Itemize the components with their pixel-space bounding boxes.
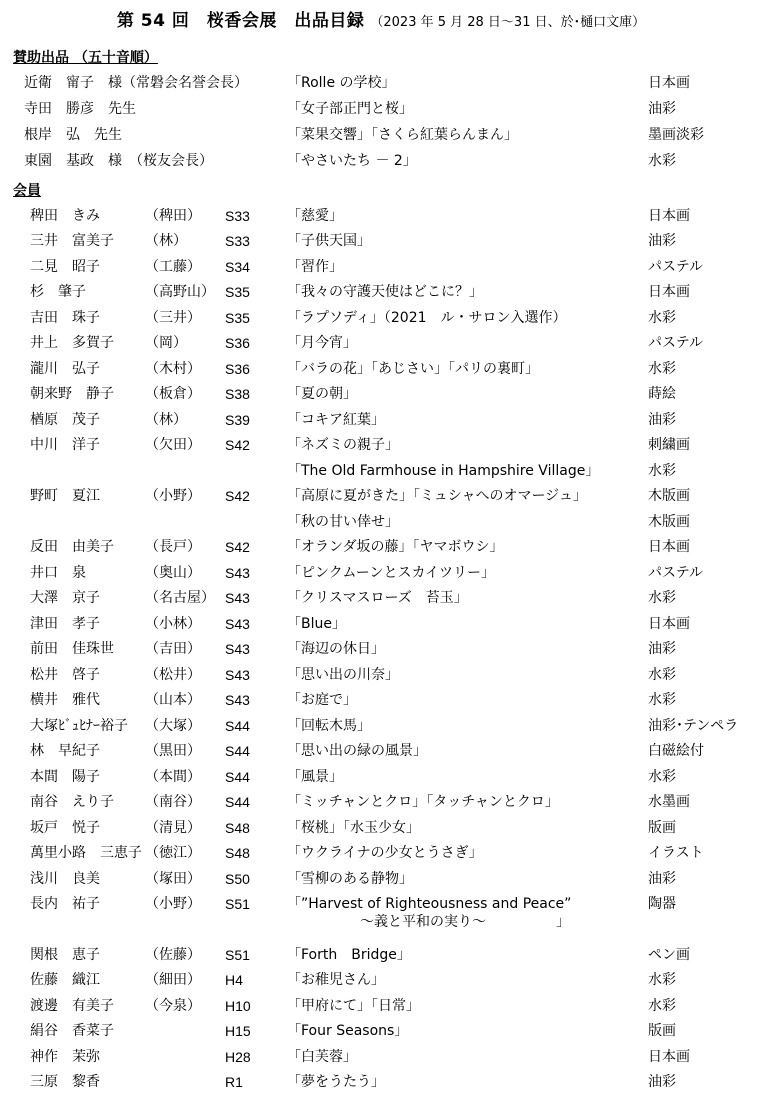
work-title: 「Blue」 [287, 614, 346, 634]
graduation-year: S48 [225, 843, 250, 863]
work-title: 「Rolle の学校」 [287, 73, 396, 93]
member-row: 林 早紀子（黒田）S44「思い出の緑の風景」白磁絵付 [0, 741, 762, 766]
work-title: 「白芙蓉」 [287, 1047, 357, 1067]
work-title: 「ラプソディ」（2021 ル・サロン入選作） [287, 308, 567, 328]
sponsor-section-heading: 賛助出品 （五十音順） [13, 47, 158, 67]
member-row: 南谷 えり子（南谷）S44「ミッチャンとクロ」「タッチャンとクロ」水墨画 [0, 792, 762, 817]
sponsor-row: 東園 基政 様 （桜友会長） 「やさいたち － 2」 水彩 [0, 151, 762, 176]
maiden-name: （林） [145, 410, 187, 430]
work-title: 「桜桃」「水玉少女」 [287, 818, 420, 838]
member-name: 杉 肇子 [30, 282, 86, 302]
medium: 水彩 [648, 461, 676, 481]
work-title: 「夢をうたう」 [287, 1072, 385, 1092]
member-name: 楢原 茂子 [30, 410, 100, 430]
graduation-year: H28 [225, 1047, 251, 1067]
graduation-year: S35 [225, 308, 250, 328]
maiden-name: （欠田） [145, 435, 201, 455]
work-title: 「我々の守護天使はどこに？」 [287, 282, 483, 302]
member-name: 林 早紀子 [30, 741, 100, 761]
member-row: 三井 富美子（林）S33「子供天国」油彩 [0, 231, 762, 256]
work-title: 「クリスマスローズ 苔玉」 [287, 588, 468, 608]
maiden-name: （塚田） [145, 869, 201, 889]
maiden-name: （名古屋） [145, 588, 215, 608]
graduation-year: S43 [225, 614, 250, 634]
member-row: 野町 夏江（小野）S42「高原に夏がきた」「ミュシャへのオマージュ」木版画 [0, 486, 762, 511]
sponsor-name: 寺田 勝彦 先生 [24, 99, 136, 119]
medium: 油彩 [648, 410, 676, 430]
graduation-year: S43 [225, 690, 250, 710]
graduation-year: S43 [225, 563, 250, 583]
graduation-year: S43 [225, 588, 250, 608]
member-row: 「The Old Farmhouse in Hampshire Village」… [0, 461, 762, 486]
member-row: 二見 昭子（工藤）S34「習作」パステル [0, 257, 762, 282]
medium: 版画 [648, 1021, 676, 1041]
graduation-year: S51 [225, 945, 250, 965]
member-row: 前田 佳珠世（吉田）S43「海辺の休日」油彩 [0, 639, 762, 664]
member-name: 三原 黎香 [30, 1072, 100, 1092]
graduation-year: R1 [225, 1072, 243, 1092]
work-title: 「やさいたち － 2」 [287, 151, 417, 171]
member-name: 井口 泉 [30, 563, 86, 583]
member-row: 神作 茉弥H28「白芙蓉」日本画 [0, 1047, 762, 1072]
medium: 油彩 [648, 231, 676, 251]
maiden-name: （奥山） [145, 563, 201, 583]
medium: 水墨画 [648, 792, 690, 812]
work-title: 「ウクライナの少女とうさぎ」 [287, 843, 483, 863]
maiden-name: （稗田） [145, 206, 201, 226]
work-title: 「思い出の緑の風景」 [287, 741, 427, 761]
graduation-year: H10 [225, 996, 251, 1016]
member-name: 反田 由美子 [30, 537, 114, 557]
medium: 油彩 [648, 1072, 676, 1092]
work-title: 「風景」 [287, 767, 343, 787]
maiden-name: （小野） [145, 486, 201, 506]
maiden-name: （吉田） [145, 639, 201, 659]
member-name: 朝来野 静子 [30, 384, 114, 404]
member-row: 津田 孝子（小林）S43「Blue」日本画 [0, 614, 762, 639]
member-row: 絹谷 香菜子H15「Four Seasons」版画 [0, 1021, 762, 1046]
work-title-line2: ～義と平和の実り～ 」 [360, 912, 570, 932]
work-title: 「ピンクムーンとスカイツリー」 [287, 563, 495, 583]
medium: 油彩 [648, 639, 676, 659]
document-title: 第 54 回 桜香会展 出品目録（2023 年 5 月 28 日～31 日、於･… [0, 6, 762, 31]
medium: イラスト [648, 843, 704, 863]
member-row: 大塚ﾋﾞｭﾋﾅｰ裕子（大塚）S44「回転木馬」油彩･テンペラ [0, 716, 762, 741]
member-row: 朝来野 静子（板倉）S38「夏の朝」蒔絵 [0, 384, 762, 409]
maiden-name: （三井） [145, 308, 201, 328]
medium: 水彩 [648, 359, 676, 379]
work-title: 「The Old Farmhouse in Hampshire Village」 [287, 461, 599, 481]
graduation-year: S42 [225, 486, 250, 506]
work-title: 「習作」 [287, 257, 343, 277]
graduation-year: S35 [225, 282, 250, 302]
member-row: 瀧川 弘子（木村）S36「バラの花」「あじさい」「パリの裏町」水彩 [0, 359, 762, 384]
member-row: 稗田 きみ（稗田）S33「慈愛」日本画 [0, 206, 762, 231]
medium: 版画 [648, 818, 676, 838]
maiden-name: （徳江） [145, 843, 201, 863]
maiden-name: （小林） [145, 614, 201, 634]
member-name: 大塚ﾋﾞｭﾋﾅｰ裕子 [30, 716, 128, 736]
medium: 日本画 [648, 614, 690, 634]
work-title: 「ネズミの親子」 [287, 435, 399, 455]
medium: 白磁絵付 [648, 741, 704, 761]
member-section-heading: 会員 [13, 180, 41, 200]
graduation-year: S33 [225, 231, 250, 251]
maiden-name: （木村） [145, 359, 201, 379]
sponsor-row: 寺田 勝彦 先生 「女子部正門と桜」 油彩 [0, 99, 762, 124]
member-name: 横井 雅代 [30, 690, 100, 710]
medium: 水彩 [648, 665, 676, 685]
member-name: 津田 孝子 [30, 614, 100, 634]
maiden-name: （長戸） [145, 537, 201, 557]
member-row: 反田 由美子（長戸）S42「オランダ坂の藤」「ヤマボウシ」日本画 [0, 537, 762, 562]
sponsor-row: 根岸 弘 先生 「菜果交響」「さくら紅葉らんまん」 墨画淡彩 [0, 125, 762, 150]
medium: 水彩 [648, 151, 676, 171]
graduation-year: S43 [225, 665, 250, 685]
member-row: 松井 啓子（松井）S43「思い出の川奈」水彩 [0, 665, 762, 690]
work-title: 「雪柳のある静物」 [287, 869, 413, 889]
maiden-name: （佐藤） [145, 945, 201, 965]
member-name: 神作 茉弥 [30, 1047, 100, 1067]
member-name: 萬里小路 三恵子 [30, 843, 142, 863]
member-row: 坂戸 悦子（清見）S48「桜桃」「水玉少女」版画 [0, 818, 762, 843]
sponsor-name: 根岸 弘 先生 [24, 125, 122, 145]
graduation-year: H15 [225, 1021, 251, 1041]
member-name: 佐藤 織江 [30, 970, 100, 990]
medium: 水彩 [648, 996, 676, 1016]
work-title: 「女子部正門と桜」 [287, 99, 413, 119]
medium: パステル [648, 563, 703, 583]
member-name: 南谷 えり子 [30, 792, 114, 812]
medium: 油彩 [648, 99, 676, 119]
maiden-name: （大塚） [145, 716, 201, 736]
medium: 日本画 [648, 282, 690, 302]
member-name: 本間 陽子 [30, 767, 100, 787]
sponsor-name: 東園 基政 様 （桜友会長） [24, 151, 213, 171]
work-title: 「思い出の川奈」 [287, 665, 399, 685]
graduation-year: S36 [225, 359, 250, 379]
member-row: 杉 肇子（高野山）S35「我々の守護天使はどこに？」日本画 [0, 282, 762, 307]
member-name: 二見 昭子 [30, 257, 100, 277]
member-name: 渡邊 有美子 [30, 996, 114, 1016]
maiden-name: （南谷） [145, 792, 201, 812]
graduation-year: S39 [225, 410, 250, 430]
maiden-name: （細田） [145, 970, 201, 990]
maiden-name: （本間） [145, 767, 201, 787]
medium: 油彩 [648, 869, 676, 889]
member-name: 前田 佳珠世 [30, 639, 114, 659]
member-row: 長内 祐子（小野）S51「”Harvest of Righteousness a… [0, 894, 762, 919]
member-row: 井上 多賀子（岡）S36「月今宵」パステル [0, 333, 762, 358]
graduation-year: S42 [225, 537, 250, 557]
member-name: 吉田 珠子 [30, 308, 100, 328]
maiden-name: （小野） [145, 894, 201, 914]
medium: 日本画 [648, 537, 690, 557]
graduation-year: S44 [225, 767, 250, 787]
exhibition-dates-venue: （2023 年 5 月 28 日～31 日、於･樋口文庫） [370, 15, 645, 30]
graduation-year: S50 [225, 869, 250, 889]
member-row: 大澤 京子（名古屋）S43「クリスマスローズ 苔玉」水彩 [0, 588, 762, 613]
medium: 油彩･テンペラ [648, 716, 738, 736]
member-row: 井口 泉（奥山）S43「ピンクムーンとスカイツリー」パステル [0, 563, 762, 588]
member-name: 関根 恵子 [30, 945, 100, 965]
medium: 刺繍画 [648, 435, 690, 455]
graduation-year: S48 [225, 818, 250, 838]
member-row: 三原 黎香R1「夢をうたう」油彩 [0, 1072, 762, 1097]
work-title: 「ミッチャンとクロ」「タッチャンとクロ」 [287, 792, 559, 812]
medium: パステル [648, 257, 703, 277]
graduation-year: S34 [225, 257, 250, 277]
member-name: 長内 祐子 [30, 894, 100, 914]
member-row: 中川 洋子（欠田）S42「ネズミの親子」刺繍画 [0, 435, 762, 460]
work-title: 「夏の朝」 [287, 384, 357, 404]
work-title: 「菜果交響」「さくら紅葉らんまん」 [287, 125, 518, 145]
graduation-year: S44 [225, 741, 250, 761]
work-title: 「コキア紅葉」 [287, 410, 385, 430]
medium: 水彩 [648, 588, 676, 608]
graduation-year: S33 [225, 206, 250, 226]
work-title: 「月今宵」 [287, 333, 357, 353]
member-row: 横井 雅代（山本）S43「お庭で」水彩 [0, 690, 762, 715]
maiden-name: （山本） [145, 690, 201, 710]
work-title: 「Four Seasons」 [287, 1021, 408, 1041]
member-row: 浅川 良美（塚田）S50「雪柳のある静物」油彩 [0, 869, 762, 894]
member-name: 坂戸 悦子 [30, 818, 100, 838]
medium: 水彩 [648, 970, 676, 990]
medium: ペン画 [648, 945, 690, 965]
maiden-name: （板倉） [145, 384, 201, 404]
maiden-name: （清見） [145, 818, 201, 838]
maiden-name: （今泉） [145, 996, 201, 1016]
medium: パステル [648, 333, 703, 353]
member-name: 絹谷 香菜子 [30, 1021, 114, 1041]
medium: 墨画淡彩 [648, 125, 704, 145]
graduation-year: S43 [225, 639, 250, 659]
work-title: 「”Harvest of Righteousness and Peace” [287, 894, 571, 914]
member-name: 松井 啓子 [30, 665, 100, 685]
medium: 陶器 [648, 894, 676, 914]
medium: 水彩 [648, 690, 676, 710]
member-row: 佐藤 織江（細田）H4「お稚児さん」水彩 [0, 970, 762, 995]
work-title: 「Forth Bridge」 [287, 945, 411, 965]
work-title: 「お庭で」 [287, 690, 357, 710]
maiden-name: （工藤） [145, 257, 201, 277]
work-title: 「慈愛」 [287, 206, 343, 226]
work-title: 「甲府にて」「日常」 [287, 996, 420, 1016]
medium: 木版画 [648, 512, 690, 532]
work-title: 「オランダ坂の藤」「ヤマボウシ」 [287, 537, 503, 557]
medium: 水彩 [648, 308, 676, 328]
member-name: 浅川 良美 [30, 869, 100, 889]
maiden-name: （高野山） [145, 282, 215, 302]
member-row: 楢原 茂子（林）S39「コキア紅葉」油彩 [0, 410, 762, 435]
member-name: 井上 多賀子 [30, 333, 114, 353]
member-row: 渡邊 有美子（今泉）H10「甲府にて」「日常」水彩 [0, 996, 762, 1021]
maiden-name: （黒田） [145, 741, 201, 761]
maiden-name: （松井） [145, 665, 201, 685]
member-name: 野町 夏江 [30, 486, 100, 506]
graduation-year: H4 [225, 970, 243, 990]
medium: 蒔絵 [648, 384, 676, 404]
member-name: 大澤 京子 [30, 588, 100, 608]
graduation-year: S42 [225, 435, 250, 455]
graduation-year: S36 [225, 333, 250, 353]
work-title: 「海辺の休日」 [287, 639, 385, 659]
medium: 日本画 [648, 206, 690, 226]
member-name: 三井 富美子 [30, 231, 114, 251]
member-row: 「秋の甘い倖せ」木版画 [0, 512, 762, 537]
graduation-year: S51 [225, 894, 250, 914]
maiden-name: （岡） [145, 333, 187, 353]
work-title: 「子供天国」 [287, 231, 371, 251]
work-title: 「秋の甘い倖せ」 [287, 512, 399, 532]
work-title: 「お稚児さん」 [287, 970, 385, 990]
member-name: 瀧川 弘子 [30, 359, 100, 379]
exhibition-title: 第 54 回 桜香会展 出品目録 [117, 11, 365, 31]
graduation-year: S44 [225, 792, 250, 812]
member-row: 本間 陽子（本間）S44「風景」水彩 [0, 767, 762, 792]
graduation-year: S44 [225, 716, 250, 736]
medium: 日本画 [648, 1047, 690, 1067]
member-name: 稗田 きみ [30, 206, 100, 226]
member-row: 萬里小路 三恵子（徳江）S48「ウクライナの少女とうさぎ」イラスト [0, 843, 762, 868]
work-title: 「回転木馬」 [287, 716, 371, 736]
member-name: 中川 洋子 [30, 435, 100, 455]
maiden-name: （林） [145, 231, 187, 251]
work-title: 「バラの花」「あじさい」「パリの裏町」 [287, 359, 539, 379]
member-row: 関根 恵子（佐藤）S51「Forth Bridge」ペン画 [0, 945, 762, 970]
sponsor-row: 近衛 甯子 様（常磐会名誉会長） 「Rolle の学校」 日本画 [0, 73, 762, 98]
medium: 日本画 [648, 73, 690, 93]
graduation-year: S38 [225, 384, 250, 404]
medium: 水彩 [648, 767, 676, 787]
medium: 木版画 [648, 486, 690, 506]
member-row: 吉田 珠子（三井）S35「ラプソディ」（2021 ル・サロン入選作）水彩 [0, 308, 762, 333]
sponsor-name: 近衛 甯子 様（常磐会名誉会長） [24, 73, 248, 93]
work-title: 「高原に夏がきた」「ミュシャへのオマージュ」 [287, 486, 587, 506]
